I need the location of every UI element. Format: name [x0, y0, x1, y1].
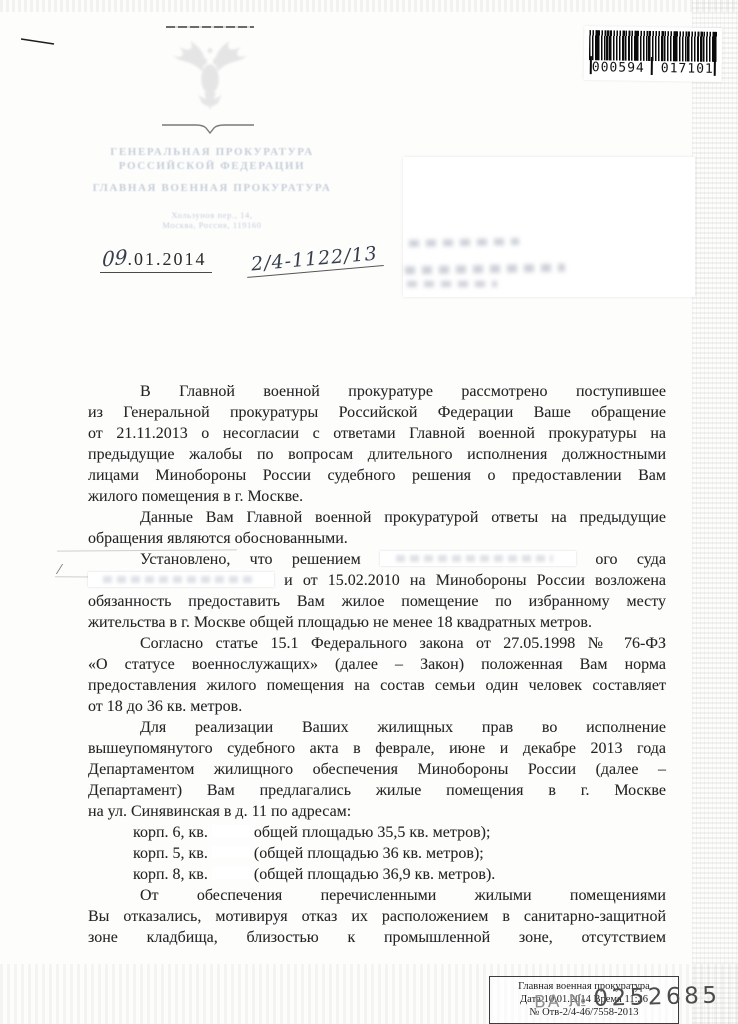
apartment-number-redaction — [212, 867, 250, 879]
barcode-digits-left: 000594 — [592, 60, 645, 76]
typed-date: .01.2014 — [127, 249, 206, 269]
housing-offer-row: корп. 8, кв. (общей площадью 36,9 кв. ме… — [88, 864, 666, 885]
housing-offer-row: корп. 6, кв. общей площадью 35,5 кв. мет… — [88, 822, 666, 843]
date-reference-line: 09.01.2014 2/4-1122/13 — [100, 246, 383, 273]
form-serial-number: ВА № 0252685 — [534, 983, 721, 1014]
paragraph-line: от 21.11.2013 о несогласии с ответами Гл… — [88, 423, 666, 444]
text-fragment: Установлено, что решением — [140, 551, 361, 568]
paragraph-line: на ул. Синявинская в д. 11 по адресам: — [88, 801, 666, 822]
offer-label: корп. 8, кв. — [133, 866, 208, 883]
paragraph-line: предыдущие жалобы по вопросам длительног… — [88, 444, 666, 465]
serial-prefix: ВА № — [534, 991, 589, 1012]
offer-detail: (общей площадью 36 кв. метров); — [254, 845, 484, 862]
paragraph-line: Вы отказались, мотивируя отказ их распол… — [88, 906, 666, 927]
paragraph-line: жительства в г. Москве общей площадью не… — [88, 612, 666, 633]
letter-body: В Главной военной прокуратуре рассмотрен… — [88, 381, 666, 948]
offer-label: корп. 5, кв. — [133, 845, 208, 862]
paragraph-line: зоне кладбища, близостью к промышленной … — [88, 927, 666, 948]
serial-digits: 0252685 — [593, 983, 721, 1012]
handwritten-day: 09 — [102, 244, 128, 271]
redaction-ghost-text — [405, 264, 565, 275]
paragraph-line: вышеупомянутого судебного акта в феврале… — [88, 738, 666, 759]
paragraph-line: от 18 до 36 кв. метров. — [88, 696, 666, 717]
paragraph-line: обращения являются обоснованными. — [88, 528, 666, 549]
paragraph-line: В Главной военной прокуратуре рассмотрен… — [88, 381, 666, 402]
redaction-ghost-text — [407, 281, 497, 287]
apartment-number-redaction — [212, 825, 250, 837]
letterhead: ГЕНЕРАЛЬНАЯ ПРОКУРАТУРА РОССИЙСКОЙ ФЕДЕР… — [92, 146, 332, 231]
paragraph-line: Департаментом жилищного обеспечения Мино… — [88, 759, 666, 780]
paragraph-line: Для реализации Ваших жилищных прав во ис… — [88, 717, 666, 738]
paragraph-line-with-redaction: и от 15.02.2010 на Минобороны России воз… — [88, 570, 666, 591]
barcode: 000594 017101 — [584, 26, 723, 82]
letterhead-org-line2: РОССИЙСКОЙ ФЕДЕРАЦИИ — [92, 160, 332, 174]
paragraph-line: лицами Минобороны России судебного решен… — [88, 465, 666, 486]
scan-texture-top — [0, 0, 738, 12]
housing-offer-row: корп. 5, кв. (общей площадью 36 кв. метр… — [88, 843, 666, 864]
paragraph-line: жилого помещения в г. Москве. — [88, 486, 666, 507]
paragraph-line: Данные Вам Главной военной прокуратурой … — [88, 507, 666, 528]
paragraph-line: предоставления жилого помещения на соста… — [88, 675, 666, 696]
paragraph-line: Департамент) Вам предлагались жилые поме… — [88, 780, 666, 801]
offer-detail: общей площадью 35,5 кв. метров); — [254, 824, 491, 841]
scan-artifact-mark — [21, 33, 55, 43]
emblem-top-rule — [166, 26, 254, 28]
letterhead-org-line1: ГЕНЕРАЛЬНАЯ ПРОКУРАТУРА — [92, 146, 332, 160]
covered-letter-fragment — [56, 564, 70, 574]
handwritten-reference-number: 2/4-1122/13 — [246, 242, 385, 278]
inline-redaction-box — [380, 551, 576, 566]
coat-of-arms-icon — [158, 34, 262, 127]
scan-texture-right — [692, 0, 738, 1024]
addressee-redaction-box — [403, 157, 695, 297]
letterhead-address-line2: Москва, Россия, 119160 — [92, 220, 332, 231]
offer-detail: (общей площадью 36,9 кв. метров). — [254, 866, 495, 883]
paragraph-line-with-redaction: Установлено, что решением ого суда — [88, 549, 666, 570]
paragraph-line: От обеспечения перечисленными жилыми пом… — [88, 885, 666, 906]
scanned-letter-page: ГЕНЕРАЛЬНАЯ ПРОКУРАТУРА РОССИЙСКОЙ ФЕДЕР… — [0, 0, 738, 1024]
barcode-digits-right: 017101 — [661, 61, 714, 77]
emblem-bottom-brace — [160, 122, 256, 141]
letterhead-org-line3: ГЛАВНАЯ ВОЕННАЯ ПРОКУРАТУРА — [92, 182, 332, 196]
inline-redaction-box — [88, 572, 274, 587]
paragraph-line: Согласно статье 15.1 Федерального закона… — [88, 633, 666, 654]
barcode-bars — [589, 30, 717, 62]
redaction-ghost-text — [409, 238, 519, 247]
paragraph-line: обязанность предоставить Вам жилое помещ… — [88, 591, 666, 612]
offer-label: корп. 6, кв. — [133, 824, 208, 841]
text-fragment: ого суда — [595, 551, 666, 568]
paragraph-line: из Генеральной прокуратуры Российской Фе… — [88, 402, 666, 423]
apartment-number-redaction — [212, 846, 250, 858]
text-fragment: и от 15.02.2010 на Минобороны России воз… — [284, 572, 666, 589]
paragraph-line: «О статусе военнослужащих» (далее – Зако… — [88, 654, 666, 675]
letterhead-address-line1: Хользунов пер., 14, — [92, 210, 332, 221]
